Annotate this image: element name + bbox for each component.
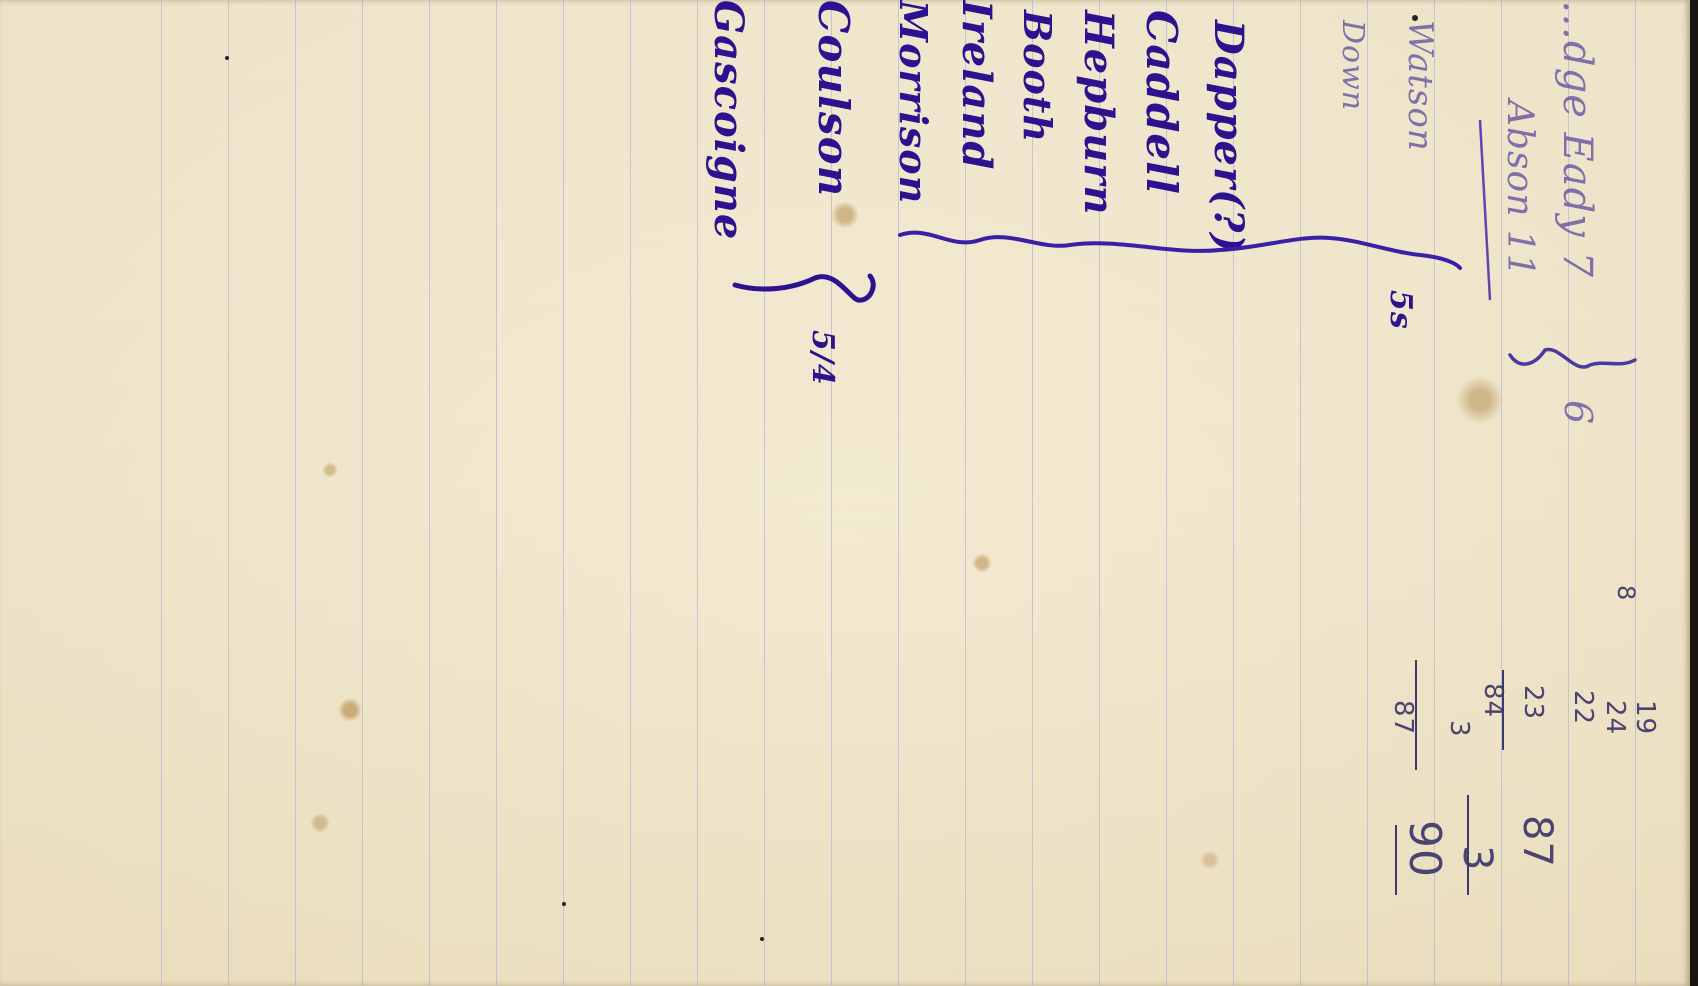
entry-down: Down xyxy=(1335,20,1370,111)
ruled-line xyxy=(563,0,564,986)
ruled-line xyxy=(1635,0,1636,986)
total-90: 90 xyxy=(1399,820,1450,878)
entry-abson: Abson 11 xyxy=(1499,100,1540,278)
sum-87-small: 87 xyxy=(1388,700,1418,735)
ruled-line xyxy=(295,0,296,986)
total-3: 3 xyxy=(1454,845,1500,871)
entry-eady: …dge Eady 7 xyxy=(1554,0,1600,278)
sum-rule xyxy=(1502,670,1504,750)
sum-24: 24 xyxy=(1600,700,1630,735)
sum-22: 22 xyxy=(1568,690,1598,725)
ruled-line xyxy=(1032,0,1033,986)
ink-speck xyxy=(562,902,566,906)
sum-23: 23 xyxy=(1518,685,1548,720)
sum-rule xyxy=(1467,795,1469,895)
ruled-line xyxy=(697,0,698,986)
entry-morrison: Morrison xyxy=(891,0,936,204)
total-87: 87 xyxy=(1514,815,1560,868)
sum-rule xyxy=(1395,825,1397,895)
brace-value-5s: 5s xyxy=(1383,290,1418,330)
ink-speck xyxy=(760,937,764,941)
ruled-line xyxy=(362,0,363,986)
entry-hepburn: Hepburn xyxy=(1075,10,1122,215)
entry-booth: Booth xyxy=(1015,10,1060,143)
side-note-8: 8 xyxy=(1612,585,1640,601)
brace-value-6: 6 xyxy=(1556,400,1600,425)
brace-value-5-4: 5/4 xyxy=(805,330,840,386)
ruled-line xyxy=(228,0,229,986)
ruled-line xyxy=(1300,0,1301,986)
ruled-line xyxy=(161,0,162,986)
sum-3: 3 xyxy=(1444,720,1474,738)
sum-19: 19 xyxy=(1630,700,1660,735)
entry-watson: Watson xyxy=(1400,20,1440,152)
notebook-page: …dge Eady 7 Abson 11 Watson Down Dapper(… xyxy=(0,0,1690,986)
ruled-line xyxy=(429,0,430,986)
sum-rule xyxy=(1415,660,1417,770)
entry-ireland: Ireland xyxy=(953,0,1000,170)
entry-gascoigne: Gascoigne xyxy=(705,0,752,240)
entry-coulson: Coulson xyxy=(809,0,858,197)
ruled-line xyxy=(496,0,497,986)
ruled-line xyxy=(764,0,765,986)
ruled-line xyxy=(1367,0,1368,986)
ruled-line xyxy=(630,0,631,986)
entry-caddell: Caddell xyxy=(1137,10,1186,195)
entry-dapper: Dapper(?) xyxy=(1205,20,1252,253)
ink-speck xyxy=(225,56,229,60)
